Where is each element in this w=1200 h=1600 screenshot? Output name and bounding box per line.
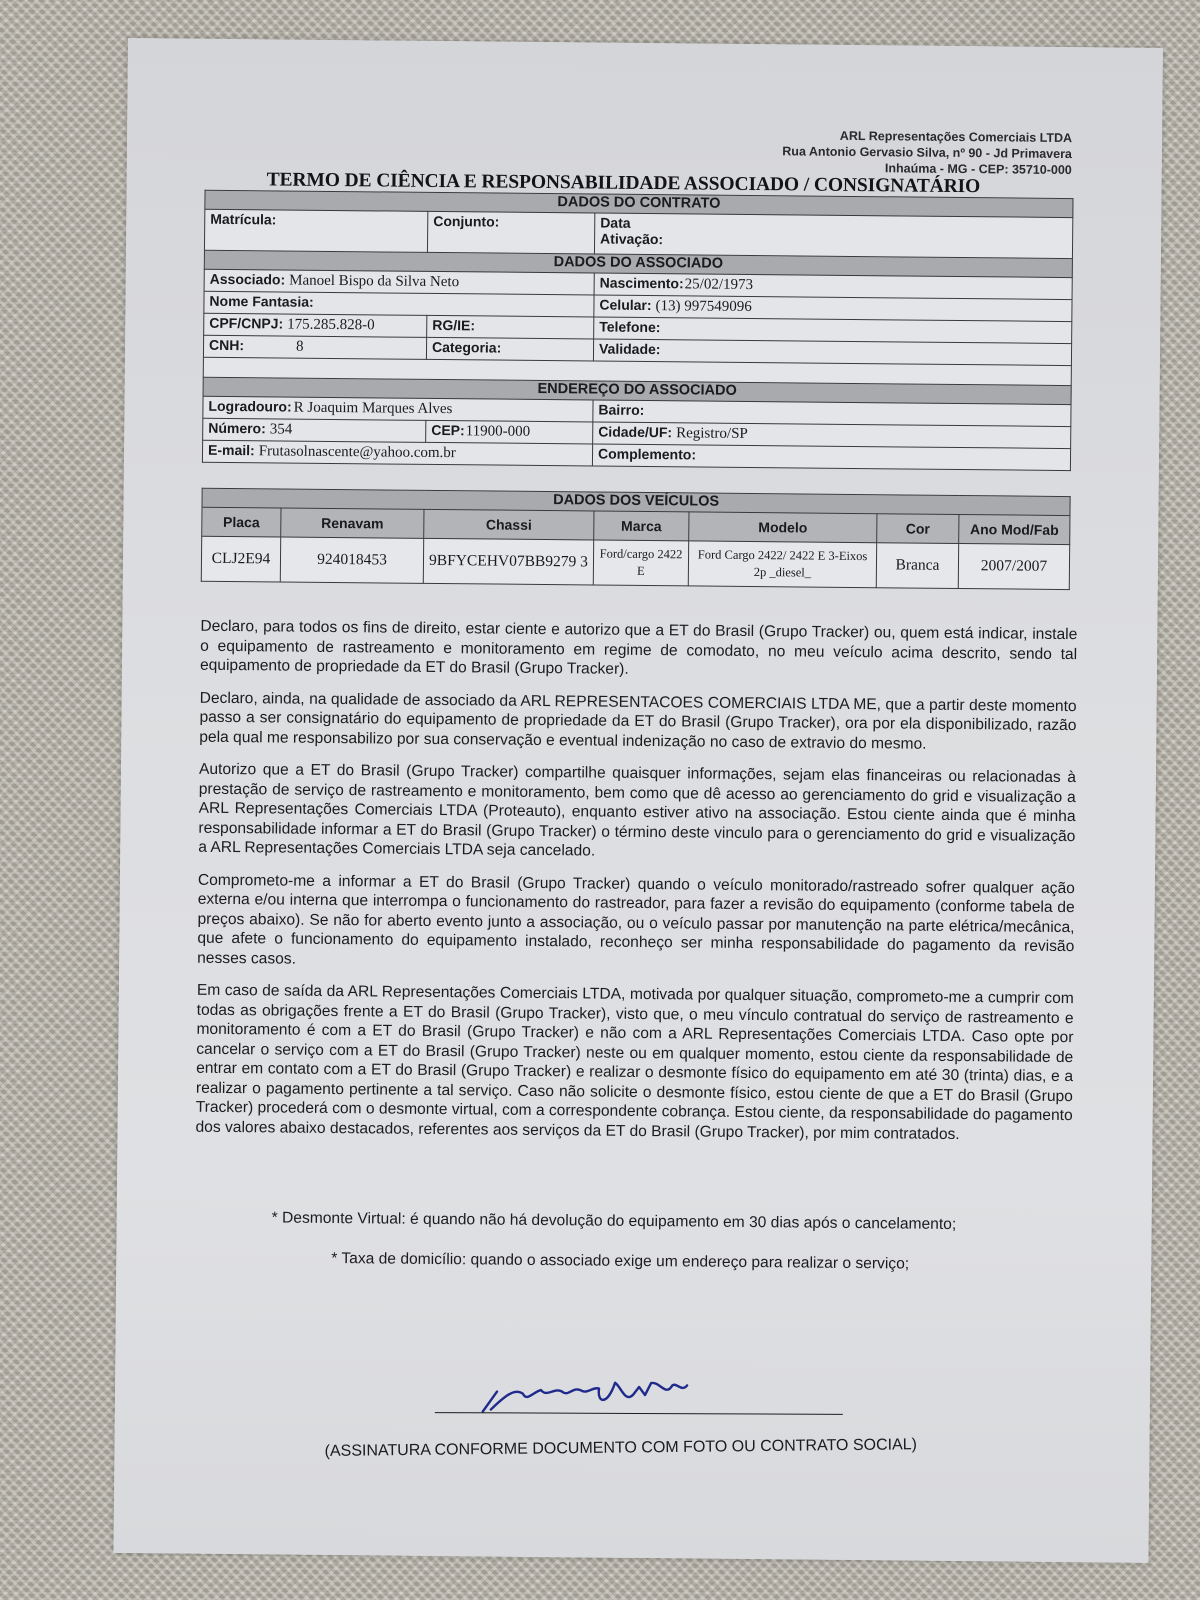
column-header-placa: Placa xyxy=(202,507,281,537)
field-numero: Número:354 xyxy=(203,418,426,442)
field-rg-ie: RG/IE: xyxy=(427,315,594,339)
note-desmonte-virtual: * Desmonte Virtual: é quando não há devo… xyxy=(272,1209,957,1234)
field-matricula: Matrícula: xyxy=(204,209,427,252)
paragraph-3: Autorizo que a ET do Brasil (Grupo Track… xyxy=(198,760,1076,866)
vehicles-table: DADOS DOS VEÍCULOS Placa Renavam Chassi … xyxy=(201,488,1071,590)
document-page: ARL Representações Comerciais LTDA Rua A… xyxy=(113,38,1162,1563)
field-data-ativacao: Data Ativação: xyxy=(594,213,1072,259)
field-complemento: Complemento: xyxy=(592,444,1070,471)
column-header-marca: Marca xyxy=(594,511,689,541)
field-conjunto: Conjunto: xyxy=(427,211,594,254)
field-cnh: CNH:8 xyxy=(203,335,426,359)
paragraph-2: Declaro, ainda, na qualidade de associad… xyxy=(199,688,1077,755)
company-address: Rua Antonio Gervasio Silva, nº 90 - Jd P… xyxy=(782,143,1072,162)
table-row: CLJ2E94 924018453 9BFYCEHV07BB9279 3 For… xyxy=(201,536,1069,589)
paragraph-1: Declaro, para todos os fins de direito, … xyxy=(200,617,1078,684)
cell-placa: CLJ2E94 xyxy=(201,536,280,582)
cell-marca: Ford/cargo 2422 E xyxy=(593,540,688,586)
paragraph-5: Em caso de saída da ARL Representações C… xyxy=(195,981,1073,1145)
paragraph-4: Comprometo-me a informar a ET do Brasil … xyxy=(197,870,1075,976)
column-header-renavam: Renavam xyxy=(281,508,424,538)
cell-ano: 2007/2007 xyxy=(958,543,1069,589)
field-categoria: Categoria: xyxy=(426,337,593,361)
note-taxa-domicilio: * Taxa de domicílio: quando o associado … xyxy=(331,1250,909,1274)
column-header-chassi: Chassi xyxy=(424,509,594,540)
cell-chassi: 9BFYCEHV07BB9279 3 xyxy=(423,538,593,585)
column-header-ano: Ano Mod/Fab xyxy=(959,514,1070,544)
column-header-modelo: Modelo xyxy=(689,512,877,543)
contract-form-table: DADOS DO CONTRATO Matrícula: Conjunto: D… xyxy=(202,190,1074,471)
cell-cor: Branca xyxy=(876,543,958,589)
terms-body: Declaro, para todos os fins de direito, … xyxy=(195,617,1077,1158)
field-cep: CEP:11900-000 xyxy=(426,420,593,444)
field-cpf-cnpj: CPF/CNPJ:175.285.828-0 xyxy=(204,313,427,337)
signature-caption: (ASSINATURA CONFORME DOCUMENTO COM FOTO … xyxy=(325,1436,917,1461)
column-header-cor: Cor xyxy=(877,514,959,544)
cell-modelo: Ford Cargo 2422/ 2422 E 3-Eixos 2p _dies… xyxy=(688,541,876,588)
signature-ink xyxy=(475,1371,715,1423)
company-header: ARL Representações Comerciais LTDA Rua A… xyxy=(782,127,1072,178)
field-email: E-mail:Frutasolnascente@yahoo.com.br xyxy=(202,440,592,466)
cell-renavam: 924018453 xyxy=(280,537,423,583)
